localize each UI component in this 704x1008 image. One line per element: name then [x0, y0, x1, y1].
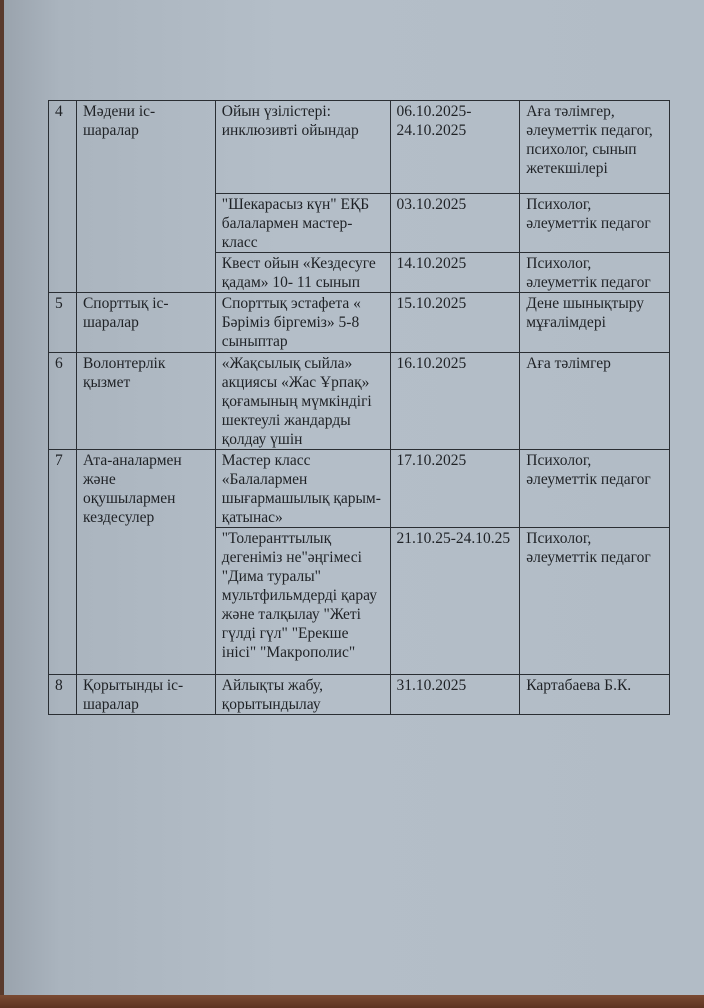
date-cell: 03.10.2025 [390, 194, 520, 253]
activity-cell: "Шекарасыз күн" ЕҚБ балалармен мастер-кл… [215, 194, 390, 253]
activity-cell: Квест ойын «Кездесуге қадам» 10- 11 сыны… [215, 253, 390, 293]
section-cell: Спорттық іс-шаралар [76, 293, 215, 353]
date-cell: 31.10.2025 [390, 675, 520, 715]
date-cell: 16.10.2025 [390, 353, 520, 450]
date-cell: 06.10.2025-24.10.2025 [390, 101, 520, 194]
desk-surface [0, 995, 704, 1008]
table-row: 4 Мәдени іс-шаралар Ойын үзілістері: инк… [49, 101, 670, 194]
activity-cell: «Жақсылық сыйла» акциясы «Жас Ұрпақ» қоғ… [215, 353, 390, 450]
row-number: 5 [49, 293, 77, 353]
activity-cell: Айлықты жабу, қорытындылау [215, 675, 390, 715]
event-plan-table: 4 Мәдени іс-шаралар Ойын үзілістері: инк… [48, 100, 670, 715]
row-number: 6 [49, 353, 77, 450]
table-row: 8 Қорытынды іс-шаралар Айлықты жабу, қор… [49, 675, 670, 715]
responsible-cell: Психолог, әлеуметтік педагог [520, 194, 670, 253]
row-number: 4 [49, 101, 77, 293]
responsible-cell: Психолог, әлеуметтік педагог [520, 253, 670, 293]
responsible-cell: Аға тәлімгер, әлеуметтік педагог, психол… [520, 101, 670, 194]
date-cell: 14.10.2025 [390, 253, 520, 293]
date-cell: 21.10.25-24.10.25 [390, 528, 520, 675]
table-row: 6 Волонтерлік қызмет «Жақсылық сыйла» ак… [49, 353, 670, 450]
date-cell: 15.10.2025 [390, 293, 520, 353]
responsible-cell: Психолог, әлеуметтік педагог [520, 528, 670, 675]
row-number: 8 [49, 675, 77, 715]
table-row: 7 Ата-аналармен және оқушылармен кездесу… [49, 450, 670, 528]
activity-cell: "Толеранттылық дегеніміз не"әңгімесі "Ди… [215, 528, 390, 675]
activity-cell: Спорттық эстафета « Бәріміз біргеміз» 5-… [215, 293, 390, 353]
date-cell: 17.10.2025 [390, 450, 520, 528]
activity-cell: Мастер класс «Балалармен шығармашылық қа… [215, 450, 390, 528]
responsible-cell: Дене шынықтыру мұғалімдері [520, 293, 670, 353]
section-cell: Мәдени іс-шаралар [76, 101, 215, 293]
section-cell: Волонтерлік қызмет [76, 353, 215, 450]
table-row: 5 Спорттық іс-шаралар Спорттық эстафета … [49, 293, 670, 353]
responsible-cell: Картабаева Б.К. [520, 675, 670, 715]
activity-cell: Ойын үзілістері: инклюзивті ойындар [215, 101, 390, 194]
section-cell: Қорытынды іс-шаралар [76, 675, 215, 715]
row-number: 7 [49, 450, 77, 675]
section-cell: Ата-аналармен және оқушылармен кездесуле… [76, 450, 215, 675]
responsible-cell: Аға тәлімгер [520, 353, 670, 450]
responsible-cell: Психолог, әлеуметтік педагог [520, 450, 670, 528]
